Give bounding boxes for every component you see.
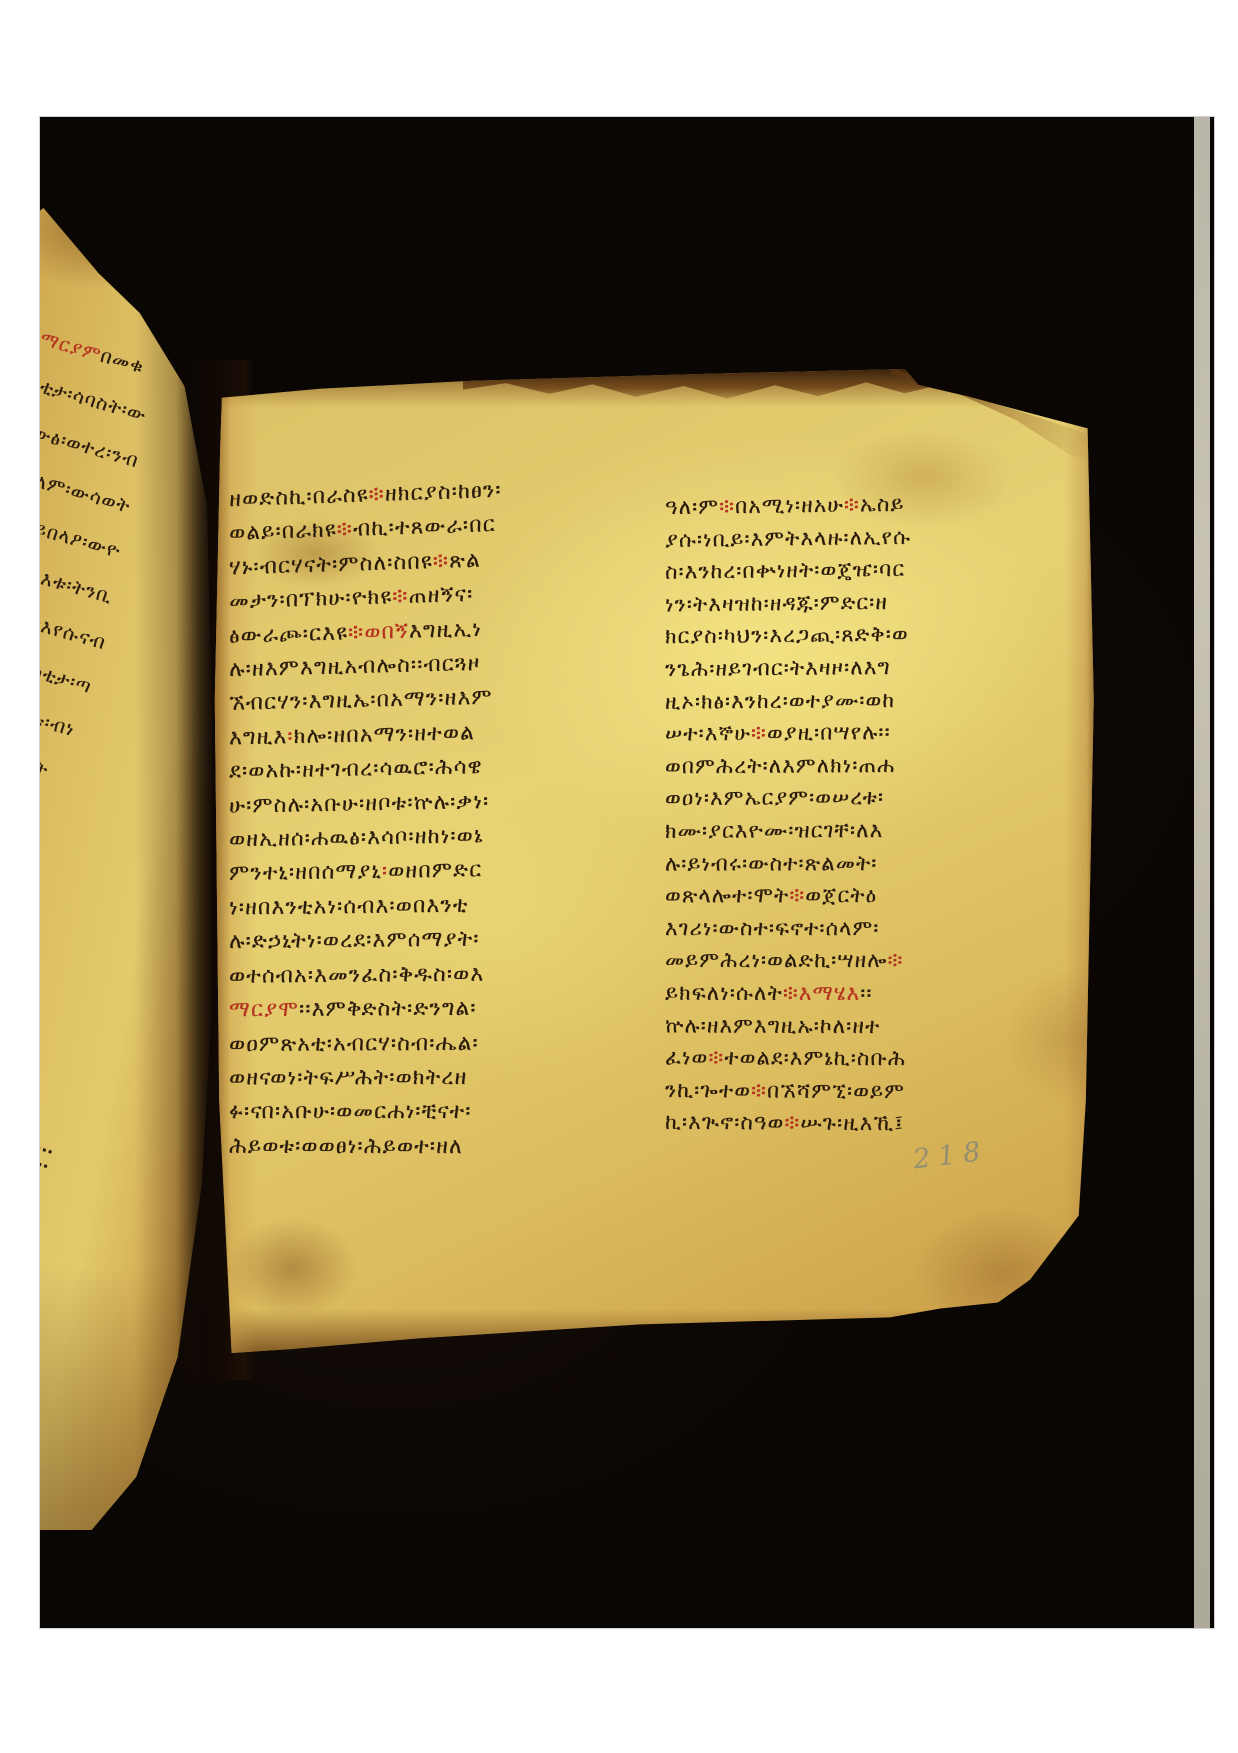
ink-text: ኪ፡እጒኖ፡ስዓወ bbox=[665, 1110, 785, 1135]
ink-text: ፅውራጮ፡ርእዩ bbox=[229, 620, 349, 648]
text-line: ነን፡ትእዛዝከ፡ዘዳጁ፡ምድር፡ዘ bbox=[665, 583, 1105, 620]
right-page: ዘወድስኪ፡በራስዩ፨ዘክርያስ፡ከፀን፡ወልይ፡በራክዩ፨ብኪ፡ተጸውራ፡በር… bbox=[213, 368, 1100, 1358]
ink-text: ወዘኢዘሰ፡ሐዉፅ፡እሳቦ፡ዘከነ፡ወኔ bbox=[229, 823, 484, 852]
ink-text: ወበምሕረት፡ለእምለክነ፡ጠሐ bbox=[665, 753, 895, 778]
rubric-text: ፨ bbox=[432, 548, 449, 573]
ink-text: በኧሻምኚ፡ወይም bbox=[767, 1078, 905, 1103]
ink-text: ፡፡እምቅድስት፡ድንግል፡ bbox=[299, 996, 477, 1022]
ink-text: ፡፡ bbox=[860, 981, 872, 1005]
rubric-text: ፨ bbox=[708, 1045, 724, 1069]
ink-text: ሁ፡ምስሉ፡አቡሁ፡ዘቦቱ፡ኵሉ፡ቃነ፡ bbox=[229, 789, 490, 819]
ink-text: ወዘናወነ፡ትፍሥሕት፡ወክትረዘ bbox=[229, 1065, 467, 1091]
ink-text: በመቁ bbox=[98, 345, 147, 378]
ink-text: ነ፡ዘበእንቲአነ፡ሰብእ፡ወበእንቲ bbox=[229, 892, 469, 920]
rubric-text: ፨ bbox=[784, 1111, 800, 1135]
ink-text: ወተሰብአ፡እመንፈስ፡ቅዱስ፡ወእ bbox=[229, 961, 484, 988]
text-line: ስ፡እንከረ፡በቍነዘት፡ወጄዤ፡ባር bbox=[665, 551, 1105, 589]
ink-text: ጽል bbox=[449, 547, 482, 573]
text-line: ዚኦ፡ክፅ፡እንከረ፡ወተያሙ፡ወከ bbox=[665, 682, 1105, 718]
ink-text: ሃኑ፡ብርሃናት፡ምስለ፡ስበዩ bbox=[229, 549, 433, 580]
tattered-top-edge bbox=[463, 368, 943, 404]
ink-text: መይምሕረነ፡ወልድኪ፡ሣዘሎ bbox=[665, 948, 887, 972]
ink-text: ወጽላሎተ፡ሞት bbox=[665, 883, 789, 907]
rubric-text: ፨ bbox=[348, 620, 365, 645]
rubric-text: ፨ bbox=[719, 494, 735, 518]
text-line: ምንተኒ፡ዘበሰማያኒ፡ወዘበምድር bbox=[229, 852, 639, 892]
ink-text: ፈነወ bbox=[665, 1045, 708, 1069]
ink-text: እግዚኢነ bbox=[409, 616, 483, 643]
rubric-text: ፨እማሄእ bbox=[783, 981, 860, 1005]
ink-text: ሠተ፡እኞሁ bbox=[665, 721, 751, 746]
scan-canvas: { "pencil_folio": { "value": "218" }, "c… bbox=[0, 0, 1238, 1753]
ink-text: ወጀርትዕ bbox=[805, 883, 877, 907]
ink-text: ዘክርያስ፡ከፀን፡ bbox=[384, 478, 502, 507]
ink-text: ተወልደ፡እምኔኪ፡ስቡሕ bbox=[724, 1045, 906, 1070]
manuscript-photo: ማርያምበመቁስቲታ፡ሳባስት፡ውሠውፅ፡ወተረ፡ንብት፡ዓለም፡ውሳወትቁስ፡… bbox=[40, 117, 1214, 1628]
ink-text: ሉ፡ዘእምእግዚአብሎስ፡፡ብርጓዞ bbox=[229, 651, 481, 682]
text-line: ንጌሕ፡ዘይገብር፡ትእዛዞ፡ለእግ bbox=[665, 649, 1105, 685]
text-line: ክሙ፡ያርእዮሙ፡ዝርገቸ፡ለእ bbox=[665, 813, 1105, 847]
ink-text: ወያዚ፡በሣየሉ፡፡ bbox=[767, 720, 891, 745]
ink-text: ዘወድስኪ፡በራስዩ bbox=[229, 482, 369, 512]
text-line: ወጽላሎተ፡ሞት፨ወጀርትዕ bbox=[665, 879, 1105, 912]
ink-text: ክርያስ፡ካህን፡እረጋጪ፡ጸድቅ፡ወ bbox=[665, 622, 909, 648]
text-line: ኪ፡እጒኖ፡ስዓወ፨ሡጉ፡ዚእኺ፤ bbox=[665, 1106, 1105, 1141]
pencil-folio-number: 218 bbox=[911, 1136, 990, 1176]
ink-text: እገሪነ፡ውስተ፡ፍኖተ፡ሰላም፡ bbox=[665, 916, 879, 940]
ink-text: ኧብርሃን፡እግዚኤ፡በአማን፡ዘእም bbox=[229, 685, 493, 716]
rubric-text: ማርያሞ bbox=[229, 997, 299, 1022]
text-line: ንኪ፡ጐተወ፨በኧሻምኚ፡ወይም bbox=[665, 1074, 1105, 1109]
ink-text: ብኪ፡ተጸውራ፡በር bbox=[353, 512, 497, 542]
ink-text: ያሱ፡ነቢይ፡እምትእላዙ፡ለኢየሱ bbox=[665, 524, 911, 551]
ink-text: ወልይ፡በራክዩ bbox=[229, 518, 337, 547]
parchment-stain bbox=[227, 1218, 357, 1318]
text-line: ይክፍለነ፡ሱለት፨እማሄእ፡፡ bbox=[665, 977, 1105, 1010]
text-line: ሉ፡ይነብሩ፡ውስተ፡ጽልመት፡ bbox=[665, 846, 1105, 880]
text-line: ዓለ፡ም፨በአሚነ፡ዘአሁ፨ኤስይ bbox=[665, 485, 1105, 524]
rubric-text: ፨ bbox=[751, 721, 767, 745]
text-line: ወዘናወነ፡ትፍሥሕት፡ወክትረዘ bbox=[229, 1060, 639, 1095]
rubric-text: ፨ bbox=[844, 492, 860, 516]
ink-text: ስ፡እንከረ፡በቍነዘት፡ወጄዤ፡ባር bbox=[665, 557, 905, 584]
text-line: ፈነወ፨ተወልደ፡እምኔኪ፡ስቡሕ bbox=[665, 1041, 1105, 1075]
text-line: ክርያስ፡ካህን፡እረጋጪ፡ጸድቅ፡ወ bbox=[665, 616, 1105, 653]
text-line: እገሪነ፡ውስተ፡ፍኖተ፡ሰላም፡ bbox=[665, 912, 1105, 945]
rubric-text: ፨ bbox=[887, 948, 903, 972]
ink-text: ክሎ፡ዘበአማን፡ዘተወል bbox=[293, 720, 475, 749]
ink-text: ወዐነ፡እምኤርያም፡ወሠረቱ፡ bbox=[665, 785, 884, 810]
text-line: ሠተ፡እኞሁ፨ወያዚ፡በሣየሉ፡፡ bbox=[665, 715, 1105, 751]
text-line: ሉ፡ድኃኒትነ፡ወረደ፡እምሰማያት፡ bbox=[229, 921, 639, 959]
rubric-text: ወበኝ bbox=[364, 618, 409, 644]
ink-text: ደ፡ወአኩ፡ዘተገብረ፡ሳዉሮ፡ሕሳዌ bbox=[229, 754, 483, 784]
ink-text: ምንተኒ፡ዘበሰማያኒ bbox=[229, 859, 382, 886]
text-line: መይምሕረነ፡ወልድኪ፡ሣዘሎ፨ bbox=[665, 944, 1105, 977]
ink-text: ውስቲታ፡ጣ bbox=[40, 655, 94, 698]
ink-text: ንኪ፡ጐተወ bbox=[665, 1078, 751, 1102]
ink-text: ኤስይ bbox=[860, 492, 905, 517]
text-line: ወበምሕረት፡ለእምለክነ፡ጠሐ bbox=[665, 748, 1105, 783]
left-text-column: ዘወድስኪ፡በራስዩ፨ዘክርያስ፡ከፀን፡ወልይ፡በራክዩ፨ብኪ፡ተጸውራ፡በር… bbox=[229, 476, 639, 1164]
ink-text: ዚኦ፡ክፅ፡እንከረ፡ወተያሙ፡ወከ bbox=[665, 687, 895, 713]
scan-edge-strip bbox=[1194, 117, 1210, 1628]
text-line: ኵሉ፡ዘእምእግዚኡ፡ኮለ፡ዘተ bbox=[665, 1009, 1105, 1043]
rubric-text: ፨ bbox=[336, 517, 353, 543]
ink-text: ክሙ፡ያርእዮሙ፡ዝርገቸ፡ለእ bbox=[665, 818, 883, 843]
ink-text: ይክፍለነ፡ሱለት bbox=[665, 981, 783, 1005]
rubric-text: ፨ bbox=[368, 482, 385, 508]
ink-text: መታን፡በፕክሁ፡ዮክዩ bbox=[229, 584, 393, 614]
ink-text: በአሚነ፡ዘአሁ bbox=[735, 493, 844, 519]
right-text-column: ዓለ፡ም፨በአሚነ፡ዘአሁ፨ኤስይያሱ፡ነቢይ፡እምትእላዙ፡ለኢየሱስ፡እንከ… bbox=[665, 488, 1105, 1140]
ink-text: ሉ፡ድኃኒትነ፡ወረደ፡እምሰማያት፡ bbox=[229, 927, 480, 954]
text-line: ወተሰብአ፡እመንፈስ፡ቅዱስ፡ወእ bbox=[229, 956, 639, 994]
ink-text: ሉ፡ይነብሩ፡ውስተ፡ጽልመት፡ bbox=[665, 851, 878, 876]
rubric-text: ፨ bbox=[789, 883, 805, 907]
ink-text: ንጌሕ፡ዘይገብር፡ትእዛዞ፡ለእግ bbox=[665, 655, 891, 681]
parchment-stain bbox=[913, 1208, 1093, 1338]
text-line: ሕይወቱ፡ወወፀነ፡ሕይወተ፡ዘለ bbox=[229, 1129, 639, 1164]
ink-text: ወዐምጽአቲ፡አብርሃ፡ስብ፡ሔል፡ bbox=[229, 1030, 479, 1056]
ink-text: ጠዘኝና፡ bbox=[408, 582, 474, 609]
text-line: ወዐምጽአቲ፡አብርሃ፡ስብ፡ሔል፡ bbox=[229, 1026, 639, 1062]
text-line: ወዐነ፡እምኤርያም፡ወሠረቱ፡ bbox=[665, 780, 1105, 815]
ink-text: ፉ፡ናበ፡አቡሁ፡ወመርሐነ፡ቺናተ፡ bbox=[229, 1099, 471, 1124]
text-line: ፉ፡ናበ፡አቡሁ፡ወመርሐነ፡ቺናተ፡ bbox=[229, 1095, 639, 1130]
text-line: ነ፡ዘበእንቲአነ፡ሰብእ፡ወበእንቲ bbox=[229, 886, 639, 925]
text-line: ማርያሞ፡፡እምቅድስት፡ድንግል፡ bbox=[229, 991, 639, 1028]
ink-text: ዓለ፡ም bbox=[665, 494, 719, 519]
rubric-text: ማርያም bbox=[40, 328, 104, 366]
rubric-text: ፨ bbox=[751, 1078, 767, 1102]
ink-text: ወዘበምድር bbox=[388, 858, 482, 884]
ink-text: እግዚእ bbox=[229, 724, 288, 750]
ink-text: ሡጉ፡ዚእኺ፤ bbox=[800, 1111, 904, 1136]
rubric-text: ፨ bbox=[392, 584, 409, 609]
ink-text: ነን፡ትእዛዝከ፡ዘዳጁ፡ምድር፡ዘ bbox=[665, 590, 888, 616]
ink-text: ኵሉ፡ዘእምእግዚኡ፡ኮለ፡ዘተ bbox=[665, 1013, 880, 1038]
ink-text: ሕይወቱ፡ወወፀነ፡ሕይወተ፡ዘለ bbox=[229, 1133, 463, 1158]
